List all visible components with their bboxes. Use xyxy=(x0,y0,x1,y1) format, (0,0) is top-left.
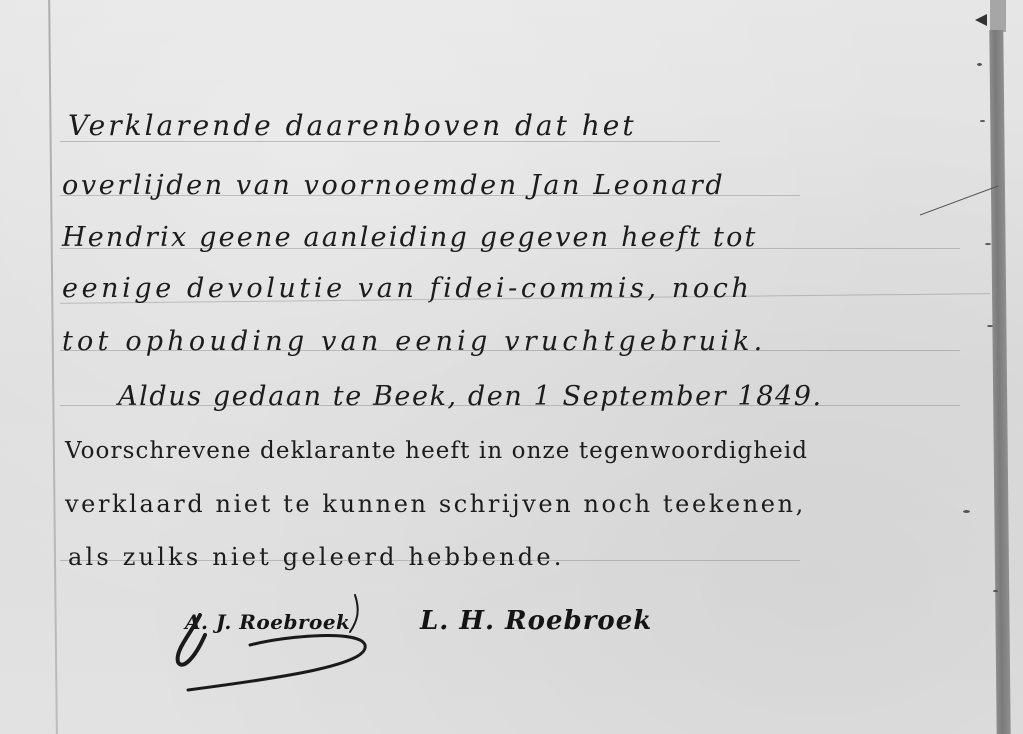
corner-triangle-mark xyxy=(975,14,987,26)
paper-speck xyxy=(993,590,998,592)
paper-speck xyxy=(977,63,982,66)
document-line-3: Hendrix geene aanleiding gegeven heeft t… xyxy=(62,224,758,251)
document-line-6: Aldus gedaan te Beek, den 1 September 18… xyxy=(118,383,823,410)
left-margin-line xyxy=(48,0,58,734)
document-line-7: Voorschrevene deklarante heeft in onze t… xyxy=(65,440,808,463)
paper-speck xyxy=(987,325,993,327)
binding-edge xyxy=(989,30,1010,734)
paper-speck xyxy=(980,120,985,122)
binding-edge-top xyxy=(990,0,1006,32)
document-line-4: eenige devolutie van fidei-commis, noch xyxy=(62,275,752,302)
paper-speck xyxy=(963,510,970,513)
document-line-1: Verklarende daarenboven dat het xyxy=(68,112,637,140)
document-line-8: verklaard niet te kunnen schrijven noch … xyxy=(65,492,806,516)
document-line-2: overlijden van voornoemden Jan Leonard xyxy=(62,172,725,199)
document-line-5: tot ophouding van eenig vruchtgebruik. xyxy=(62,328,766,355)
signature-flourish-icon xyxy=(160,590,400,700)
scanned-document-page: Verklarende daarenboven dat het overlijd… xyxy=(0,0,1023,734)
stray-pen-line-icon xyxy=(920,180,1000,220)
signature-2: L. H. Roebroek xyxy=(420,606,652,636)
paper-speck xyxy=(985,243,991,245)
document-line-9: als zulks niet geleerd hebbende. xyxy=(68,545,565,569)
